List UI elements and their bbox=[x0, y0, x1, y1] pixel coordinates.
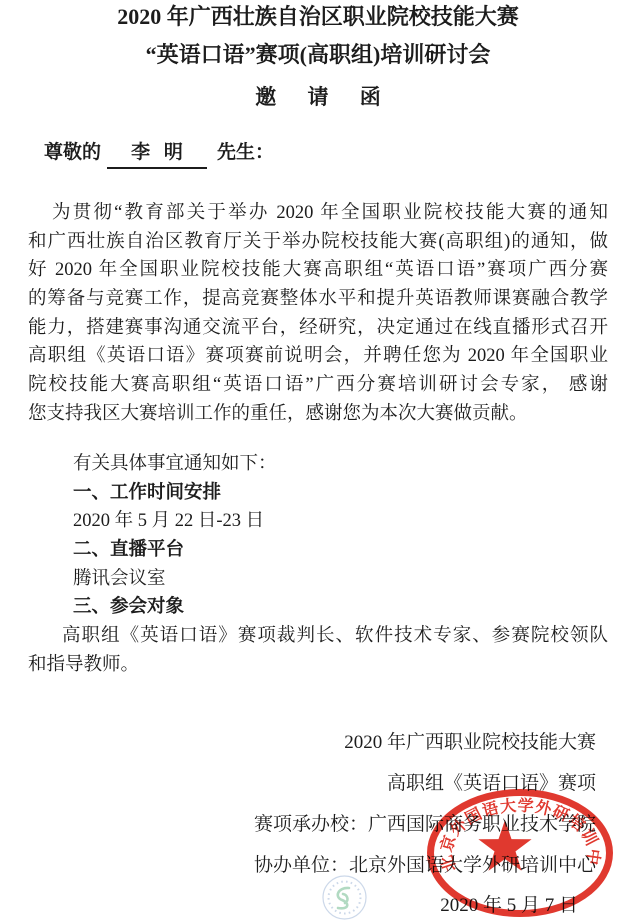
salutation-suffix: 先生： bbox=[217, 142, 274, 163]
body-paragraph: 为贯彻“教育部关于举办 2020 年全国职业院校技能大赛的通知 和广西壮族自治区… bbox=[28, 199, 608, 429]
official-red-seal: 北京外国语大学外研培训中心 bbox=[427, 789, 617, 919]
section-2-content: 腾讯会议室 bbox=[28, 565, 608, 594]
document-title-line1: 2020 年广西壮族自治区职业院校技能大赛 bbox=[28, 4, 608, 30]
section-3-heading: 三、参会对象 bbox=[28, 593, 608, 622]
body-line: 高职组《英语口语》赛项赛前说明会，并聘任您为 2020 年全国职业 bbox=[28, 342, 608, 371]
recipient-name: 李 明 bbox=[107, 140, 207, 169]
body-line: 的筹备与竞赛工作，提高竞赛整体水平和提升英语教师课赛融合教学 bbox=[28, 285, 608, 314]
section-1-heading: 一、工作时间安排 bbox=[28, 479, 608, 508]
body-line: 和广西壮族自治区教育厅关于举办院校技能大赛(高职组)的通知，做 bbox=[28, 228, 608, 257]
body-line: 好 2020 年全国职业院校技能大赛高职组“英语口语”赛项广西分赛 bbox=[28, 256, 608, 285]
salutation-line: 尊敬的李 明先生： bbox=[44, 140, 274, 169]
document-title-line2: “英语口语”赛项(高职组)培训研讨会 bbox=[28, 42, 608, 68]
notice-intro: 有关具体事宜通知如下： bbox=[28, 450, 608, 479]
section-3-content: 高职组《英语口语》赛项裁判长、软件技术专家、参赛院校领队 bbox=[28, 622, 608, 651]
body-line: 为贯彻“教育部关于举办 2020 年全国职业院校技能大赛的通知 bbox=[28, 199, 608, 228]
section-3-content: 和指导教师。 bbox=[28, 651, 608, 680]
notice-section: 有关具体事宜通知如下： 一、工作时间安排 2020 年 5 月 22 日-23 … bbox=[28, 450, 608, 680]
body-line: 您支持我区大赛培训工作的重任，感谢您为本次大赛做贡献。 bbox=[28, 400, 608, 429]
salutation-prefix: 尊敬的 bbox=[44, 142, 101, 163]
school-logo-watermark bbox=[321, 874, 368, 921]
section-1-content: 2020 年 5 月 22 日-23 日 bbox=[28, 507, 608, 536]
seal-star-icon bbox=[478, 820, 531, 871]
body-line: 能力，搭建赛事沟通交流平台，经研究，决定通过在线直播形式召开 bbox=[28, 314, 608, 343]
letter-type-heading: 邀 请 函 bbox=[28, 85, 608, 110]
invitation-letter-page: 2020 年广西壮族自治区职业院校技能大赛 “英语口语”赛项(高职组)培训研讨会… bbox=[0, 0, 625, 924]
section-2-heading: 二、直播平台 bbox=[28, 536, 608, 565]
body-line: 院校技能大赛高职组“英语口语”广西分赛培训研讨会专家， 感谢 bbox=[28, 371, 608, 400]
signature-line: 2020 年广西职业院校技能大赛 bbox=[28, 722, 608, 763]
